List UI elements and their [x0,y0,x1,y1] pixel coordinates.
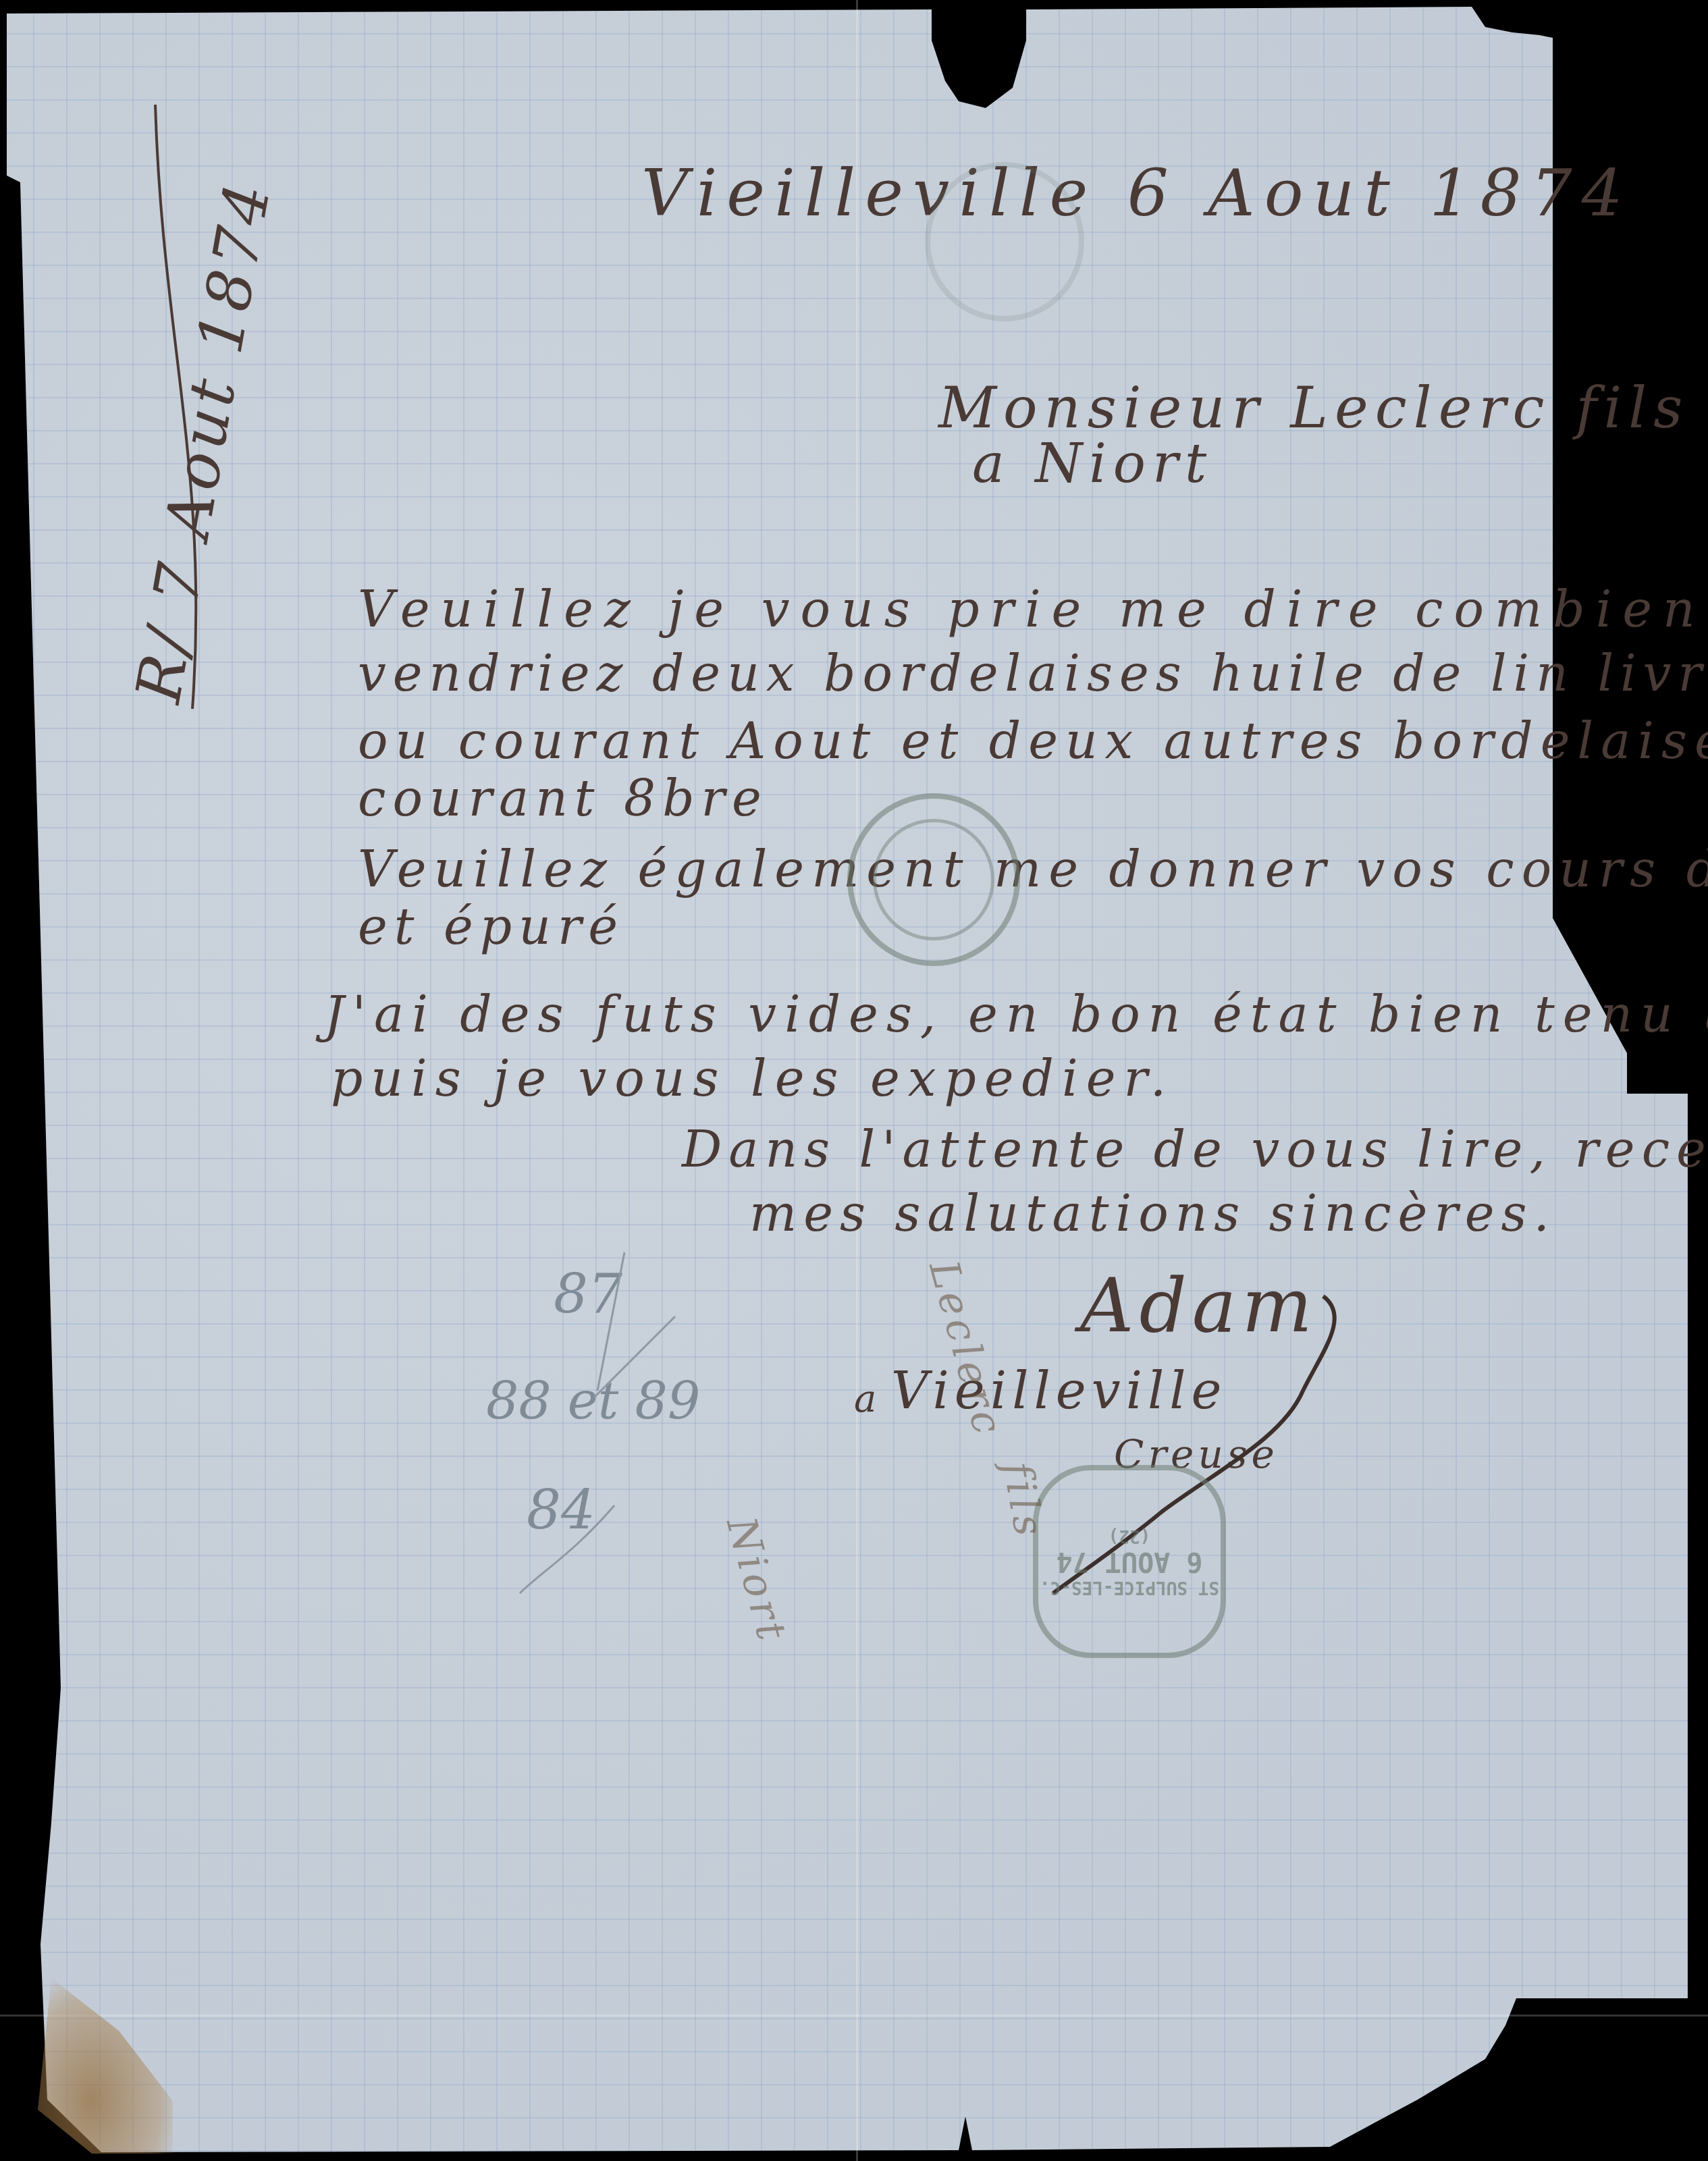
pencil-marks [0,0,1708,2161]
